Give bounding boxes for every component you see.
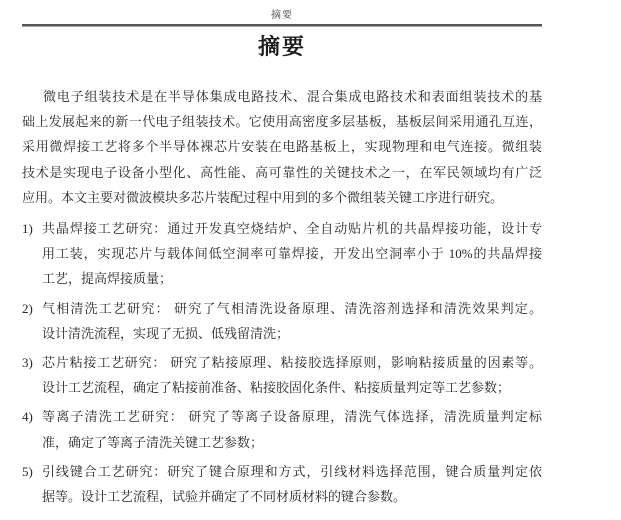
list-marker: 4) xyxy=(22,404,42,454)
paragraph-line: 微电子组装技术是在半导体集成电路技术、混合集成电路技术和表面组装技术的基 xyxy=(22,84,542,109)
list-item-line: 气相清洗工艺研究： 研究了气相清洗设备原理、清洗溶剂选择和清洗效果判定。 xyxy=(42,296,542,321)
list-item-line: 共晶焊接工艺研究：通过开发真空烧结炉、全自动贴片机的共晶焊接功能，设计专 xyxy=(42,216,542,241)
list-item-text: 引线键合工艺研究：研究了键合原理和方式，引线材料选择范围，键合质量判定依 据等。… xyxy=(42,459,542,509)
list-item-text: 等离子清洗工艺研究： 研究了等离子设备原理，清洗气体选择，清洗质量判定标 准，确… xyxy=(42,404,542,454)
list-item-line: 芯片粘接工艺研究： 研究了粘接原理、粘接胶选择原则，影响粘接质量的因素等。 xyxy=(42,350,542,375)
list-item-5: 5) 引线键合工艺研究：研究了键合原理和方式，引线材料选择范围，键合质量判定依 … xyxy=(22,459,542,509)
list-item-line: 准，确定了等离子清洗关键工艺参数； xyxy=(42,430,542,455)
paragraph-line: 础上发展起来的新一代电子组装技术。它使用高密度多层基板，基板层间采用通孔互连， xyxy=(22,109,542,134)
paragraph-line: 技术是实现电子设备小型化、高性能、高可靠性的关键技术之一，在军民领域均有广泛 xyxy=(22,160,542,185)
abstract-body: 微电子组装技术是在半导体集成电路技术、混合集成电路技术和表面组装技术的基 础上发… xyxy=(22,84,542,513)
paragraph-line: 采用微焊接工艺将多个半导体裸芯片安装在电路基板上，实现物理和电气连接。微组装 xyxy=(22,134,542,159)
list-item-line: 设计清洗流程，实现了无损、低残留清洗； xyxy=(42,321,542,346)
header-rule xyxy=(22,24,542,27)
abstract-page: 摘要 摘要 微电子组装技术是在半导体集成电路技术、混合集成电路技术和表面组装技术… xyxy=(0,0,621,520)
list-item-4: 4) 等离子清洗工艺研究： 研究了等离子设备原理，清洗气体选择，清洗质量判定标 … xyxy=(22,404,542,454)
list-item-3: 3) 芯片粘接工艺研究： 研究了粘接原理、粘接胶选择原则，影响粘接质量的因素等。… xyxy=(22,350,542,400)
list-item-line: 用工装，实现芯片与载体间低空洞率可靠焊接，开发出空洞率小于 10%的共晶焊接 xyxy=(42,241,542,266)
list-marker: 3) xyxy=(22,350,42,400)
page-title: 摘要 xyxy=(22,30,542,61)
list-marker: 1) xyxy=(22,216,42,292)
list-item-line: 等离子清洗工艺研究： 研究了等离子设备原理，清洗气体选择，清洗质量判定标 xyxy=(42,404,542,429)
abstract-paragraph: 微电子组装技术是在半导体集成电路技术、混合集成电路技术和表面组装技术的基 础上发… xyxy=(22,84,542,210)
list-item-2: 2) 气相清洗工艺研究： 研究了气相清洗设备原理、清洗溶剂选择和清洗效果判定。 … xyxy=(22,296,542,346)
paragraph-line: 应用。本文主要对微波模块多芯片装配过程中用到的多个微组装关键工序进行研究。 xyxy=(22,185,542,210)
list-item-text: 共晶焊接工艺研究：通过开发真空烧结炉、全自动贴片机的共晶焊接功能，设计专 用工装… xyxy=(42,216,542,292)
list-item-line: 据等。设计工艺流程，试验并确定了不同材质材料的键合参数。 xyxy=(42,484,542,509)
list-marker: 5) xyxy=(22,459,42,509)
list-item-text: 气相清洗工艺研究： 研究了气相清洗设备原理、清洗溶剂选择和清洗效果判定。 设计清… xyxy=(42,296,542,346)
list-item-text: 芯片粘接工艺研究： 研究了粘接原理、粘接胶选择原则，影响粘接质量的因素等。 设计… xyxy=(42,350,542,400)
list-item-line: 工艺，提高焊接质量； xyxy=(42,266,542,291)
list-item-line: 设计工艺流程，确定了粘接前准备、粘接胶固化条件、粘接质量判定等工艺参数； xyxy=(42,375,542,400)
research-topics-list: 1) 共晶焊接工艺研究：通过开发真空烧结炉、全自动贴片机的共晶焊接功能，设计专 … xyxy=(22,216,542,509)
list-item-1: 1) 共晶焊接工艺研究：通过开发真空烧结炉、全自动贴片机的共晶焊接功能，设计专 … xyxy=(22,216,542,292)
running-header-title: 摘要 xyxy=(271,10,293,21)
list-marker: 2) xyxy=(22,296,42,346)
list-item-line: 引线键合工艺研究：研究了键合原理和方式，引线材料选择范围，键合质量判定依 xyxy=(42,459,542,484)
page-content: 摘要 摘要 微电子组装技术是在半导体集成电路技术、混合集成电路技术和表面组装技术… xyxy=(22,0,542,520)
running-header: 摘要 xyxy=(22,6,542,21)
